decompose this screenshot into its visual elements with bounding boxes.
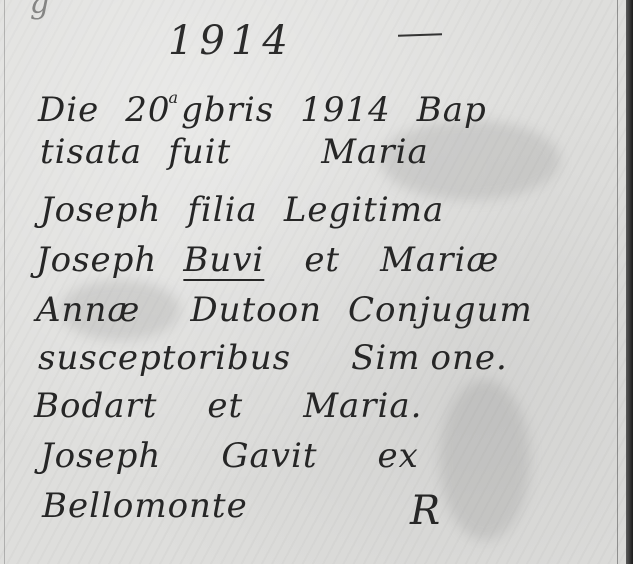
word: Die <box>38 90 99 130</box>
word: Conjugum <box>348 290 533 330</box>
word: et <box>304 240 340 280</box>
word-name: Maria <box>321 132 428 172</box>
entry-line-7: BodartetMaria. <box>34 386 449 426</box>
surname-father: Buvi <box>183 240 264 280</box>
book-binding-edge <box>626 0 633 564</box>
word-month: gbris <box>181 90 274 130</box>
word: et <box>207 386 243 426</box>
word: tisata <box>40 132 142 172</box>
entry-line-3: JosephfiliaLegitima <box>40 190 470 230</box>
entry-line-8: JosephGavitex <box>40 436 445 476</box>
entry-line-2: tisatafuitMaria <box>40 132 455 172</box>
entry-line-6: susceptoribusSimone. <box>38 338 534 378</box>
place-name: Bellomonte <box>42 486 248 526</box>
superscript: a <box>169 88 180 107</box>
entry-line-1: Die20agbris1914Bap <box>38 88 513 130</box>
entry-line-5: AnnæDutoonConjugum <box>36 290 559 330</box>
word-name: one. <box>431 338 508 378</box>
word: filia <box>187 190 257 230</box>
word-name: Joseph <box>36 240 157 280</box>
surname-godmother: Gavit <box>221 436 317 476</box>
signature-flourish: R <box>410 488 440 534</box>
heading-dash <box>398 33 442 37</box>
word: susceptoribus <box>38 338 291 378</box>
word-name: Annæ <box>36 290 140 330</box>
word-name: Maria. <box>303 386 422 426</box>
entry-line-9: Bellomonte <box>42 486 274 526</box>
word-day: 20 <box>125 90 170 130</box>
left-margin-rule <box>4 0 5 564</box>
entry-line-4: JosephBuvietMariæ <box>36 240 525 280</box>
register-page: g 1914 Die20agbris1914Bap tisatafuitMari… <box>0 0 633 564</box>
surname-godfather: Bodart <box>34 386 157 426</box>
word: Legitima <box>284 190 444 230</box>
word: ex <box>378 436 419 476</box>
previous-entry-fragment: g <box>30 0 49 21</box>
word: fuit <box>168 132 231 172</box>
word-year: 1914 <box>300 90 391 130</box>
word-name: Joseph <box>40 436 161 476</box>
year-heading: 1914 <box>168 18 294 64</box>
surname-mother: Dutoon <box>190 290 322 330</box>
right-margin-rule <box>617 0 618 564</box>
paper-stain <box>440 380 530 540</box>
word-name: Joseph <box>40 190 161 230</box>
word: Bap <box>417 90 487 130</box>
word-name: Sim <box>351 338 420 378</box>
word-name: Mariæ <box>380 240 499 280</box>
